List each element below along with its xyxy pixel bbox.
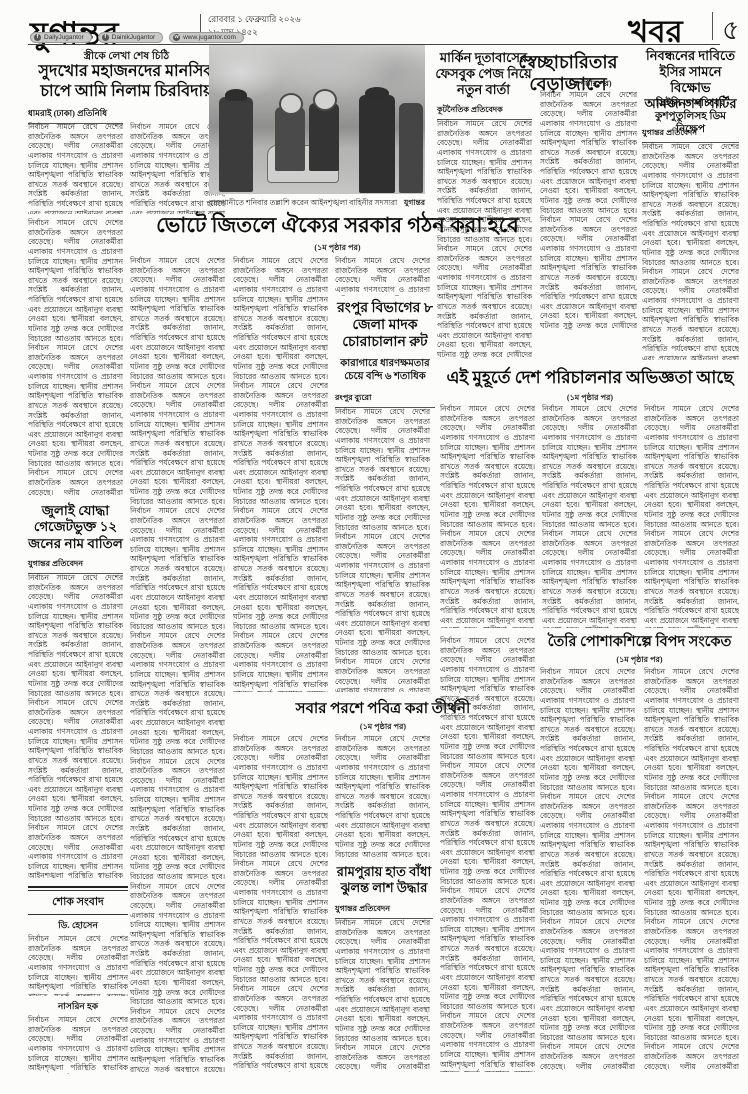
article-garments-continuation: (১ম পৃষ্ঠার পর) bbox=[540, 654, 739, 667]
badge-daily-jugantor: f DailyJugantor bbox=[30, 32, 92, 43]
article-drugs-byline: রংপুর ব্যুরো bbox=[335, 392, 435, 408]
article-drugs-subhead: কারাগারে ধারণক্ষমতার চেয়ে বন্দি ৬ শতাধি… bbox=[335, 358, 435, 383]
badge-dainik-jugantor: f DainikJugantor bbox=[98, 32, 163, 43]
article-holyspring-body-col1: নির্বাচন সামনে রেখে দেশের রাজনৈতিক অঙ্গন… bbox=[233, 734, 328, 1072]
article-embassy-body: নির্বাচন সামনে রেখে দেশের রাজনৈতিক অঙ্গন… bbox=[437, 119, 532, 360]
date-gregorian: রোববার ১ ফেব্রুয়ারি ২০২৬ bbox=[208, 13, 301, 26]
photo-helmet-2 bbox=[313, 89, 337, 111]
badge-label: DainikJugantor bbox=[112, 34, 155, 41]
article-arbitrariness-body: নির্বাচন সামনে রেখে দেশের রাজনৈতিক অঙ্গন… bbox=[540, 90, 637, 330]
article-suicide-headline: সুদখোর মহাজনদের মানসিক চাপে আমি নিলাম চি… bbox=[28, 62, 225, 101]
facebook-icon: f bbox=[102, 34, 109, 41]
article-holyspring-continuation: (১ম পৃষ্ঠার পর) bbox=[233, 721, 533, 734]
article-vote-continuation: (১ম পৃষ্ঠার পর) bbox=[95, 242, 580, 255]
obituary-box: শোক সংবাদ ডি. হোসেন নির্বাচন সামনে রেখে … bbox=[28, 886, 128, 1074]
article-embassy-byline: কূটনৈতিক প্রতিবেদক bbox=[437, 104, 532, 120]
obituary-entry-name: নাসরিন হক bbox=[28, 999, 128, 1014]
news-photo bbox=[209, 45, 425, 194]
article-drugs-body: নির্বাচন সামনে রেখে দেশের রাজনৈতিক অঙ্গন… bbox=[335, 407, 430, 692]
globe-icon: w bbox=[173, 34, 180, 41]
article-july-headline: জুলাই যোদ্ধা গেজেটভুক্ত ১২ জনের নাম বাতি… bbox=[28, 503, 123, 552]
newspaper-page: যুগান্তর রোববার ১ ফেব্রুয়ারি ২০২৬ ১৮ মা… bbox=[0, 0, 748, 1094]
photo-cap-right bbox=[365, 87, 389, 99]
masthead-badges: f DailyJugantor f DainikJugantor w www.j… bbox=[30, 32, 244, 43]
badge-label: DailyJugantor bbox=[44, 34, 84, 41]
article-experience-body-col3: নির্বাচন সামনে রেখে দেশের রাজনৈতিক অঙ্গন… bbox=[644, 404, 739, 628]
article-garments-body-col1: নির্বাচন সামনে রেখে দেশের রাজনৈতিক অঙ্গন… bbox=[540, 667, 635, 1072]
obituary-title: শোক সংবাদ bbox=[28, 890, 128, 915]
facebook-icon: f bbox=[34, 34, 41, 41]
article-rampura-headline: রামপুরায় হাত বাঁধা ঝুলন্ত লাশ উদ্ধার bbox=[335, 864, 433, 896]
photo-caption-text: রাজধানীতে শনিবার তল্লাশি করেন আইনশৃঙ্খলা… bbox=[209, 197, 397, 210]
photo-figure-rider-2 bbox=[309, 103, 339, 171]
article-vote-body-col2: নির্বাচন সামনে রেখে দেশের রাজনৈতিক অঙ্গন… bbox=[233, 256, 328, 692]
article-vote-body-col3: নির্বাচন সামনে রেখে দেশের রাজনৈতিক অঙ্গন… bbox=[335, 256, 430, 296]
photo-figure-officer-right bbox=[359, 95, 395, 193]
article-rampura-body-text: নির্বাচন সামনে রেখে দেশের রাজনৈতিক অঙ্গন… bbox=[335, 918, 430, 1072]
article-july-byline: যুগান্তর প্রতিবেদন bbox=[28, 558, 123, 574]
badge-website: w www.jugantor.com bbox=[169, 32, 244, 43]
article-experience-body-col1: নির্বাচন সামনে রেখে দেশের রাজনৈতিক অঙ্গন… bbox=[440, 404, 535, 628]
photo-cap-left bbox=[225, 89, 247, 101]
article-holyspring-body-col2: নির্বাচন সামনে রেখে দেশের রাজনৈতিক অঙ্গন… bbox=[335, 734, 430, 858]
article-experience-headline: এই মুহূর্তে দেশ পরিচালনার অভিজ্ঞতা আছে bbox=[440, 368, 740, 389]
photo-figure-officer-left bbox=[219, 97, 253, 192]
article-vote-body-col1: নির্বাচন সামনে রেখে দেশের রাজনৈতিক অঙ্গন… bbox=[130, 256, 225, 1072]
article-suicide-body-col1: নির্বাচন সামনে রেখে দেশের রাজনৈতিক অঙ্গন… bbox=[28, 122, 123, 214]
badge-label: www.jugantor.com bbox=[183, 34, 236, 41]
article-protest-byline: যুগান্তর প্রতিবেদন bbox=[642, 127, 739, 143]
photo-caption: রাজধানীতে শনিবার তল্লাশি করেন আইনশৃঙ্খলা… bbox=[209, 197, 425, 210]
obituary-entry-text: নির্বাচন সামনে রেখে দেশের রাজনৈতিক অঙ্গন… bbox=[28, 934, 128, 996]
article-july-body: নির্বাচন সামনে রেখে দেশের রাজনৈতিক অঙ্গন… bbox=[28, 573, 123, 878]
article-experience-body-col2: নির্বাচন সামনে রেখে দেশের রাজনৈতিক অঙ্গন… bbox=[542, 404, 637, 628]
photo-figure-bystander bbox=[399, 103, 423, 193]
photo-credit: যুগান্তর bbox=[404, 197, 425, 210]
article-drugs-headline: রংপুর বিভাগের ৮ জেলা মাদক চোরাচালান রুট bbox=[335, 300, 435, 351]
article-garments-body-col2: নির্বাচন সামনে রেখে দেশের রাজনৈতিক অঙ্গন… bbox=[644, 667, 739, 1072]
obituary-entry-text: নির্বাচন সামনে রেখে দেশের রাজনৈতিক অঙ্গন… bbox=[28, 1015, 128, 1074]
obituary-entry-name: ডি. হোসেন bbox=[28, 918, 128, 933]
article-protest-body: নির্বাচন সামনে রেখে দেশের রাজনৈতিক অঙ্গন… bbox=[642, 142, 739, 360]
article-rampura-byline: যুগান্তর প্রতিবেদন bbox=[335, 903, 433, 919]
article-suicide-body-col1b: নির্বাচন সামনে রেখে দেশের রাজনৈতিক অঙ্গন… bbox=[28, 218, 123, 498]
photo-helmet-1 bbox=[279, 93, 303, 115]
masthead-divider-2 bbox=[712, 12, 713, 40]
article-vote-headline: ভোটে জিতলে ঐক্যের সরকার গঠন করা হবে bbox=[95, 213, 580, 239]
article-holyspring-headline: সবার পরশে পবিত্র করা তীর্থনী bbox=[233, 700, 533, 718]
article-garments-headline: তৈরি পোশাকশিল্পে বিপদ সংকেত bbox=[540, 634, 739, 652]
photo-figure-rider-1 bbox=[275, 107, 305, 171]
